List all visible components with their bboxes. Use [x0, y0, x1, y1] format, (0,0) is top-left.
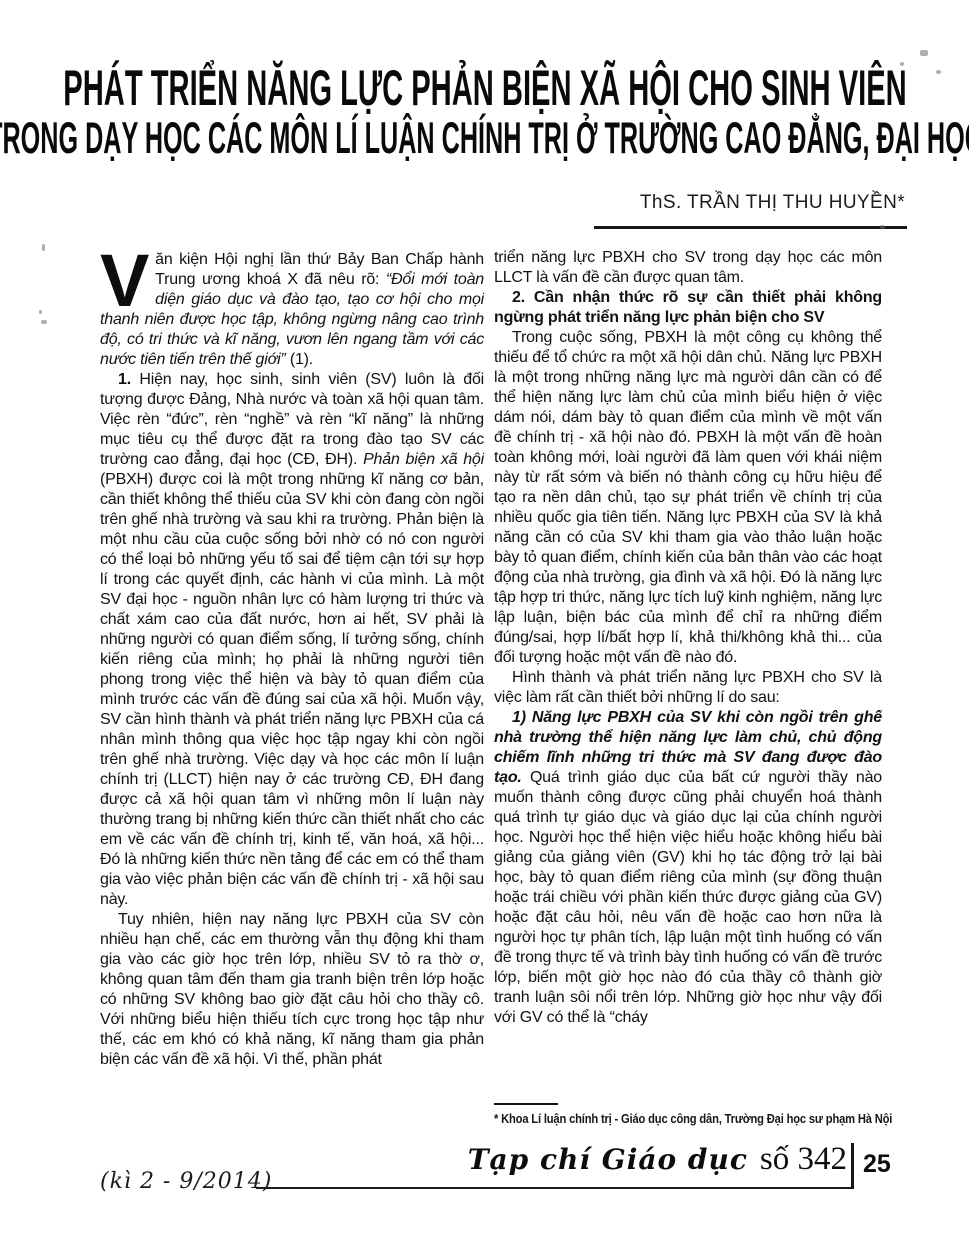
footer-rule	[256, 1187, 853, 1189]
paragraph-1: 1. Hiện nay, học sinh, sinh viên (SV) lu…	[100, 370, 484, 910]
section-2-paragraph-3: 1) Năng lực PBXH của SV khi còn ngồi trê…	[494, 708, 882, 1028]
journal-name: Tạp chí Giáo dục	[468, 1143, 748, 1176]
footnote-separator	[494, 1103, 558, 1105]
page-number-divider	[851, 1143, 854, 1189]
drop-cap: V	[100, 254, 149, 308]
section-2-paragraph-2: Hình thành và phát triển năng lực PBXH c…	[494, 668, 882, 708]
section-2-heading-text: 2. Cần nhận thức rõ sự cần thiết phải kh…	[494, 289, 882, 326]
author-byline: ThS. TRẦN THỊ THU HUYỀN*	[640, 192, 905, 214]
article-title-line2: TRONG DẠY HỌC CÁC MÔN LÍ LUẬN CHÍNH TRỊ …	[0, 113, 969, 164]
scan-speckle	[42, 244, 45, 251]
scan-speckle	[900, 62, 904, 66]
journal-page: PHÁT TRIỂN NĂNG LỰC PHẢN BIỆN XÃ HỘI CHO…	[0, 0, 969, 1254]
continuation-paragraph: triển năng lực PBXH cho SV trong dạy học…	[494, 248, 882, 288]
issue-number: số 342	[760, 1141, 847, 1178]
left-column: V ăn kiện Hội nghị lần thứ Bảy Ban Chấp …	[100, 250, 484, 1152]
page-number: 25	[863, 1150, 891, 1179]
journal-masthead: Tạp chí Giáo dục số 342	[468, 1141, 847, 1178]
right-column: triển năng lực PBXH cho SV trong dạy học…	[494, 248, 882, 1098]
paragraph-1-text-b: (PBXH) được coi là một trong những kĩ nă…	[100, 471, 484, 908]
section-2-heading: 2. Cần nhận thức rõ sự cần thiết phải kh…	[494, 288, 882, 328]
footer-issue-info: (kì 2 - 9/2014)	[100, 1169, 272, 1194]
scan-speckle	[920, 50, 928, 56]
scan-speckle	[936, 70, 941, 74]
author-underline	[594, 226, 907, 229]
lead-paragraph: V ăn kiện Hội nghị lần thứ Bảy Ban Chấp …	[100, 250, 484, 370]
section-2-paragraph-1: Trong cuộc sống, PBXH là một công cụ khô…	[494, 328, 882, 668]
scan-speckle	[39, 310, 42, 314]
scan-speckle	[41, 320, 47, 324]
footnote-text: * Khoa Lí luận chính trị - Giáo dục công…	[494, 1111, 892, 1126]
paragraph-2: Tuy nhiên, hiện nay năng lực PBXH của SV…	[100, 910, 484, 1070]
scan-speckle	[880, 225, 885, 229]
paragraph-1-number: 1.	[118, 371, 131, 388]
lead-citation: (1).	[290, 351, 313, 368]
reason-1-text: Quá trình giáo dục của bất cứ người thầy…	[494, 769, 882, 1026]
article-title-line1: PHÁT TRIỂN NĂNG LỰC PHẢN BIỆN XÃ HỘI CHO…	[0, 58, 969, 116]
paragraph-1-term: Phản biện xã hội	[363, 451, 484, 468]
